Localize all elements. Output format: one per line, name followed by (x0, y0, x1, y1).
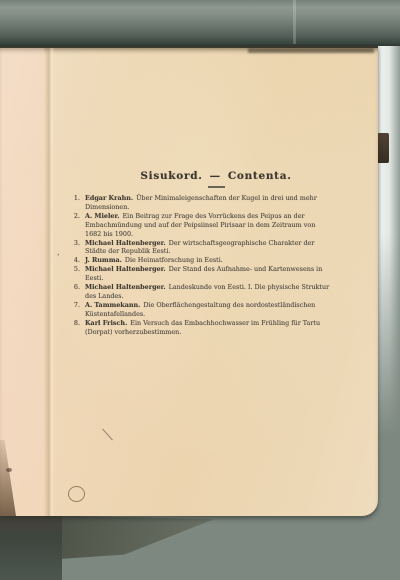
toc-entry: 6. Michael Haltenberger.Landeskunde von … (66, 283, 338, 301)
entry-author: J. Rumma. (85, 256, 122, 264)
pencil-check-mark: ʻ (57, 253, 59, 262)
entry-title: Die Heimatforschung in Eesti. (125, 256, 223, 264)
heading-latin: Contenta. (228, 170, 292, 182)
toc-entry: 2. A. Mieler.Ein Beitrag zur Frage des V… (66, 212, 338, 239)
gutter-left-area (0, 48, 44, 516)
entry-author: A. Tammekann. (85, 301, 140, 309)
contents-list: 1. Edgar Krahn.Über Minimaleigenschaften… (66, 194, 338, 337)
page-top-shadow (248, 48, 374, 53)
heading-estonian: Sisukord. (140, 170, 202, 182)
toc-entry: 7. A. Tammekann.Die Oberflächengestaltun… (66, 301, 338, 319)
entry-author: A. Mieler. (85, 212, 119, 220)
entry-title: Ein Beitrag zur Frage des Vorrückens des… (85, 212, 315, 238)
entry-number: 3. (66, 239, 80, 248)
entry-number: 2. (66, 212, 80, 221)
entry-number: 8. (66, 319, 80, 328)
entry-number: 5. (66, 265, 80, 274)
entry-author: Michael Haltenberger. (85, 265, 166, 273)
ring-stain-mark (68, 486, 85, 502)
entry-number: 7. (66, 301, 80, 310)
entry-author: Karl Frisch. (85, 319, 127, 327)
heading-dash: — (210, 170, 221, 182)
table-of-contents: Sisukord.—Contenta. 1. Edgar Krahn.Über … (66, 170, 338, 337)
scratch-mark (102, 429, 113, 441)
toc-entry: ʻ 4. J. Rumma.Die Heimatforschung in Ees… (66, 256, 338, 265)
toc-entry: 3. Michael Haltenberger.Der wirtschaftsg… (66, 239, 338, 257)
toc-entry: 5. Michael Haltenberger.Der Stand des Au… (66, 265, 338, 283)
entry-author: Edgar Krahn. (85, 194, 133, 202)
scanner-bed-corner (0, 514, 62, 580)
toc-entry: 1. Edgar Krahn.Über Minimaleigenschaften… (66, 194, 338, 212)
ink-speck (6, 468, 12, 472)
entry-author: Michael Haltenberger. (85, 283, 166, 291)
page-title: Sisukord.—Contenta. (80, 170, 352, 182)
book-page: Sisukord.—Contenta. 1. Edgar Krahn.Über … (0, 46, 378, 516)
gutter-fold-line (44, 48, 55, 516)
heading-rule (208, 186, 225, 188)
entry-number: 6. (66, 283, 80, 292)
scanner-light-sliver (293, 0, 296, 44)
entry-author: Michael Haltenberger. (85, 239, 166, 247)
entry-number: 1. (66, 194, 80, 203)
scanner-top-band (0, 0, 400, 46)
scanned-book-photo: Sisukord.—Contenta. 1. Edgar Krahn.Über … (0, 0, 400, 580)
entry-number: 4. (66, 256, 80, 265)
toc-entry: 8. Karl Frisch.Ein Versuch das Embachhoc… (66, 319, 338, 337)
